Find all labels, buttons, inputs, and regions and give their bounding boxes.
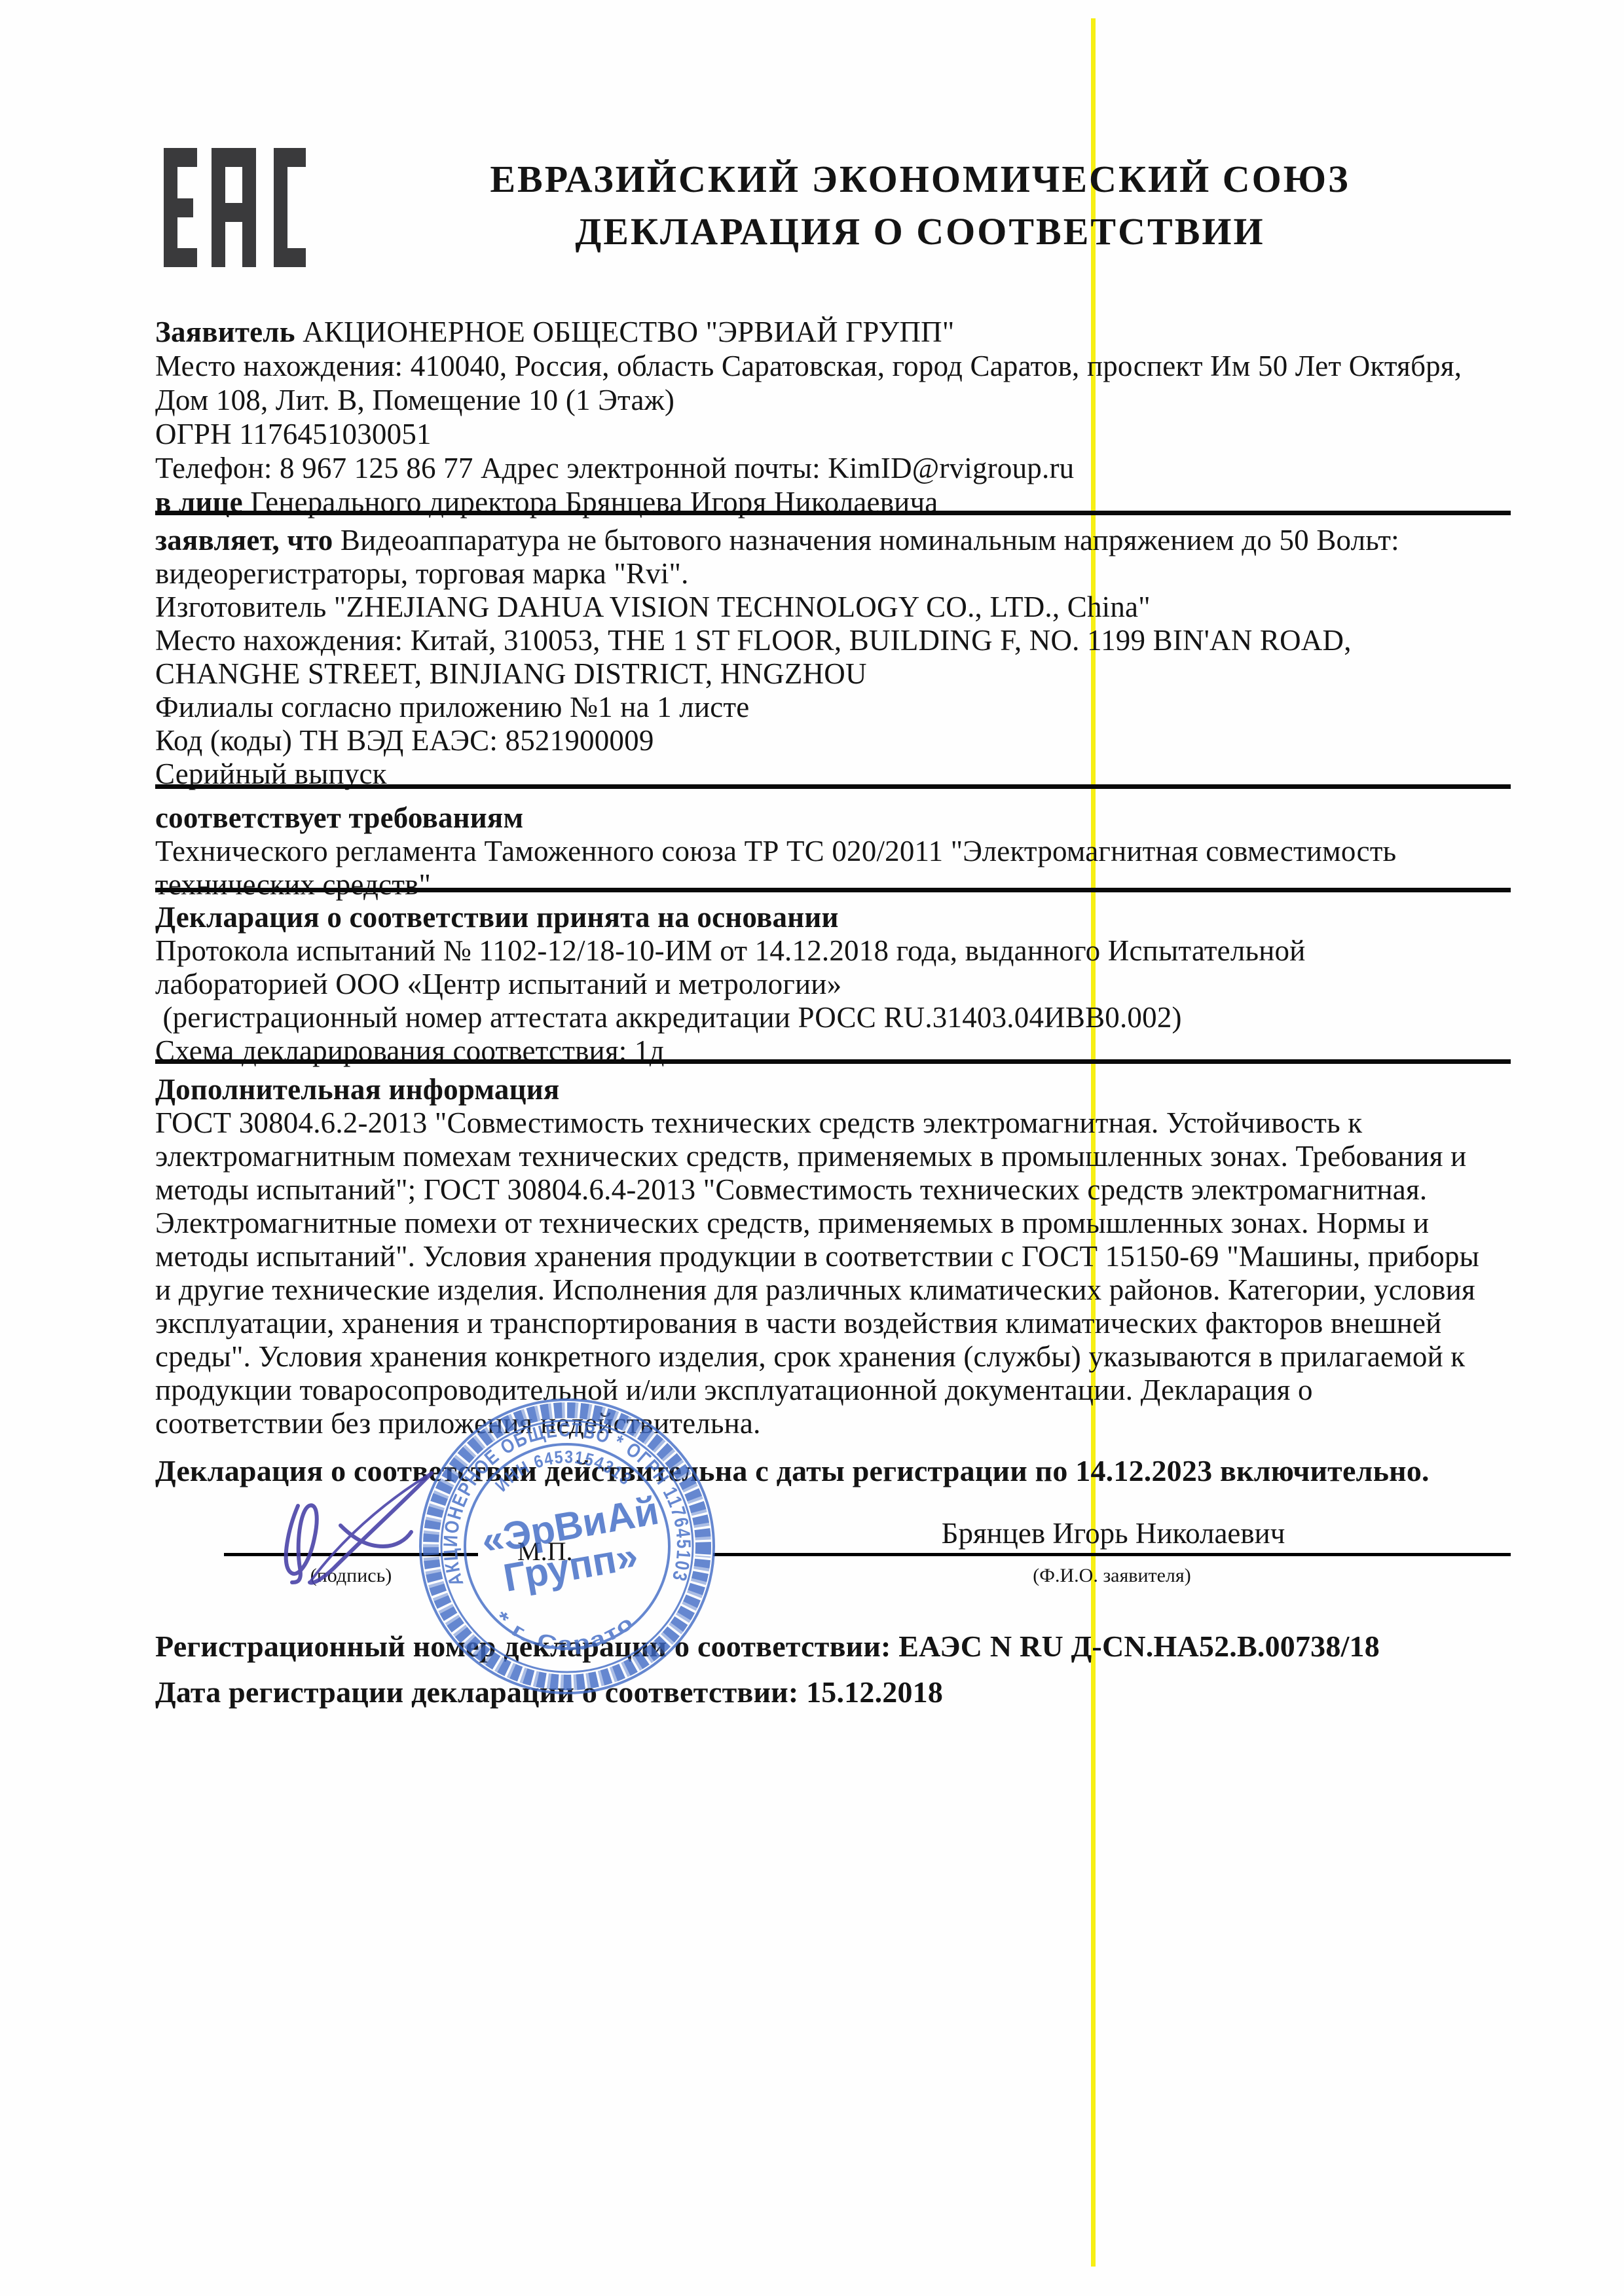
additional-line: соответствии без приложения недействител… <box>155 1407 1545 1440</box>
conformity-heading: соответствует требованиям <box>155 801 1545 835</box>
product-description-2: видеорегистраторы, торговая марка "Rvi". <box>155 557 1545 591</box>
basis-accreditation: (регистрационный номер аттестата аккреди… <box>155 1001 1545 1034</box>
mp-seal-mark: М.П. <box>517 1536 572 1567</box>
scanned-declaration-page: ЕВРАЗИЙСКИЙ ЭКОНОМИЧЕСКИЙ СОЮЗ ДЕКЛАРАЦИ… <box>0 0 1624 2296</box>
validity-statement: Декларация о соответствии действительна … <box>155 1453 1430 1488</box>
applicant-contacts: Телефон: 8 967 125 86 77 Адрес электронн… <box>155 451 1545 485</box>
conformity-line1: Технического регламента Таможенного союз… <box>155 835 1545 868</box>
additional-line: электромагнитным помехам технических сре… <box>155 1140 1545 1173</box>
additional-line: методы испытаний". Условия хранения прод… <box>155 1240 1545 1273</box>
fio-caption: (Ф.И.О. заявителя) <box>713 1565 1511 1587</box>
additional-line: и другие технические изделия. Исполнения… <box>155 1273 1545 1307</box>
applicant-fio: Брянцев Игорь Николаевич <box>713 1516 1513 1550</box>
additional-line: методы испытаний"; ГОСТ 30804.6.4-2013 "… <box>155 1173 1545 1207</box>
stamp-center-text: «ЭрВиАй Групп» <box>478 1489 669 1603</box>
conformity-block: соответствует требованиям Технического р… <box>155 801 1545 902</box>
additional-line: эксплуатации, хранения и транспортирован… <box>155 1307 1545 1340</box>
signature-line-right <box>713 1553 1511 1556</box>
declares-line: заявляет, что Видеоаппаратура не бытовог… <box>155 524 1545 557</box>
additional-line: ГОСТ 30804.6.2-2013 "Совместимость техни… <box>155 1106 1545 1140</box>
tnved-code-line: Код (коды) ТН ВЭД ЕАЭС: 8521900009 <box>155 724 1545 757</box>
product-block: заявляет, что Видеоаппаратура не бытовог… <box>155 524 1545 791</box>
title-union: ЕВРАЗИЙСКИЙ ЭКОНОМИЧЕСКИЙ СОЮЗ <box>393 153 1447 206</box>
basis-protocol-2: лабораторией ООО «Центр испытаний и метр… <box>155 968 1545 1001</box>
manufacturer-address-1: Место нахождения: Китай, 310053, THE 1 S… <box>155 624 1545 657</box>
applicant-ogrn: ОГРН 1176451030051 <box>155 417 1545 451</box>
applicant-block: Заявитель АКЦИОНЕРНОЕ ОБЩЕСТВО "ЭРВИАЙ Г… <box>155 315 1545 519</box>
applicant-name: АКЦИОНЕРНОЕ ОБЩЕСТВО "ЭРВИАЙ ГРУПП" <box>295 316 955 348</box>
manufacturer-line: Изготовитель "ZHEJIANG DAHUA VISION TECH… <box>155 591 1545 624</box>
applicant-address-line2: Дом 108, Лит. В, Помещение 10 (1 Этаж) <box>155 383 1545 417</box>
section-divider-3 <box>155 888 1511 892</box>
conformity-line2: технических средств" <box>155 868 1545 902</box>
eac-logo-letters <box>164 148 306 267</box>
section-divider-4 <box>155 1059 1511 1064</box>
branches-line: Филиалы согласно приложению №1 на 1 лист… <box>155 691 1545 724</box>
product-description: Видеоаппаратура не бытового назначения н… <box>333 524 1399 556</box>
basis-heading: Декларация о соответствии принята на осн… <box>155 901 1545 934</box>
eac-logo <box>164 148 306 267</box>
additional-heading: Дополнительная информация <box>155 1073 1545 1106</box>
additional-line: среды". Условия хранения конкретного изд… <box>155 1340 1545 1374</box>
section-divider-2 <box>155 784 1511 789</box>
applicant-address-line1: Место нахождения: 410040, Россия, област… <box>155 349 1545 383</box>
signature-line-left <box>224 1553 478 1556</box>
document-title: ЕВРАЗИЙСКИЙ ЭКОНОМИЧЕСКИЙ СОЮЗ ДЕКЛАРАЦИ… <box>393 153 1447 258</box>
registration-date-line: Дата регистрации декларации о соответств… <box>155 1675 943 1709</box>
title-declaration: ДЕКЛАРАЦИЯ О СООТВЕТСТВИИ <box>393 206 1447 258</box>
declares-label: заявляет, что <box>155 524 333 556</box>
applicant-line: Заявитель АКЦИОНЕРНОЕ ОБЩЕСТВО "ЭРВИАЙ Г… <box>155 315 1545 349</box>
applicant-label: Заявитель <box>155 316 295 348</box>
basis-block: Декларация о соответствии принята на осн… <box>155 901 1545 1068</box>
additional-line: Электромагнитные помехи от технических с… <box>155 1207 1545 1240</box>
manufacturer-address-2: CHANGHE STREET, BINJIANG DISTRICT, HNGZH… <box>155 657 1545 691</box>
signature-caption: (подпись) <box>224 1565 478 1587</box>
basis-protocol-1: Протокола испытаний № 1102-12/18-10-ИМ о… <box>155 934 1545 968</box>
section-divider-1 <box>155 511 1511 515</box>
additional-info-block: Дополнительная информация ГОСТ 30804.6.2… <box>155 1073 1545 1440</box>
additional-line: продукции товаросопроводительной и/или э… <box>155 1374 1545 1407</box>
registration-number-line: Регистрационный номер декларации о соотв… <box>155 1629 1380 1664</box>
